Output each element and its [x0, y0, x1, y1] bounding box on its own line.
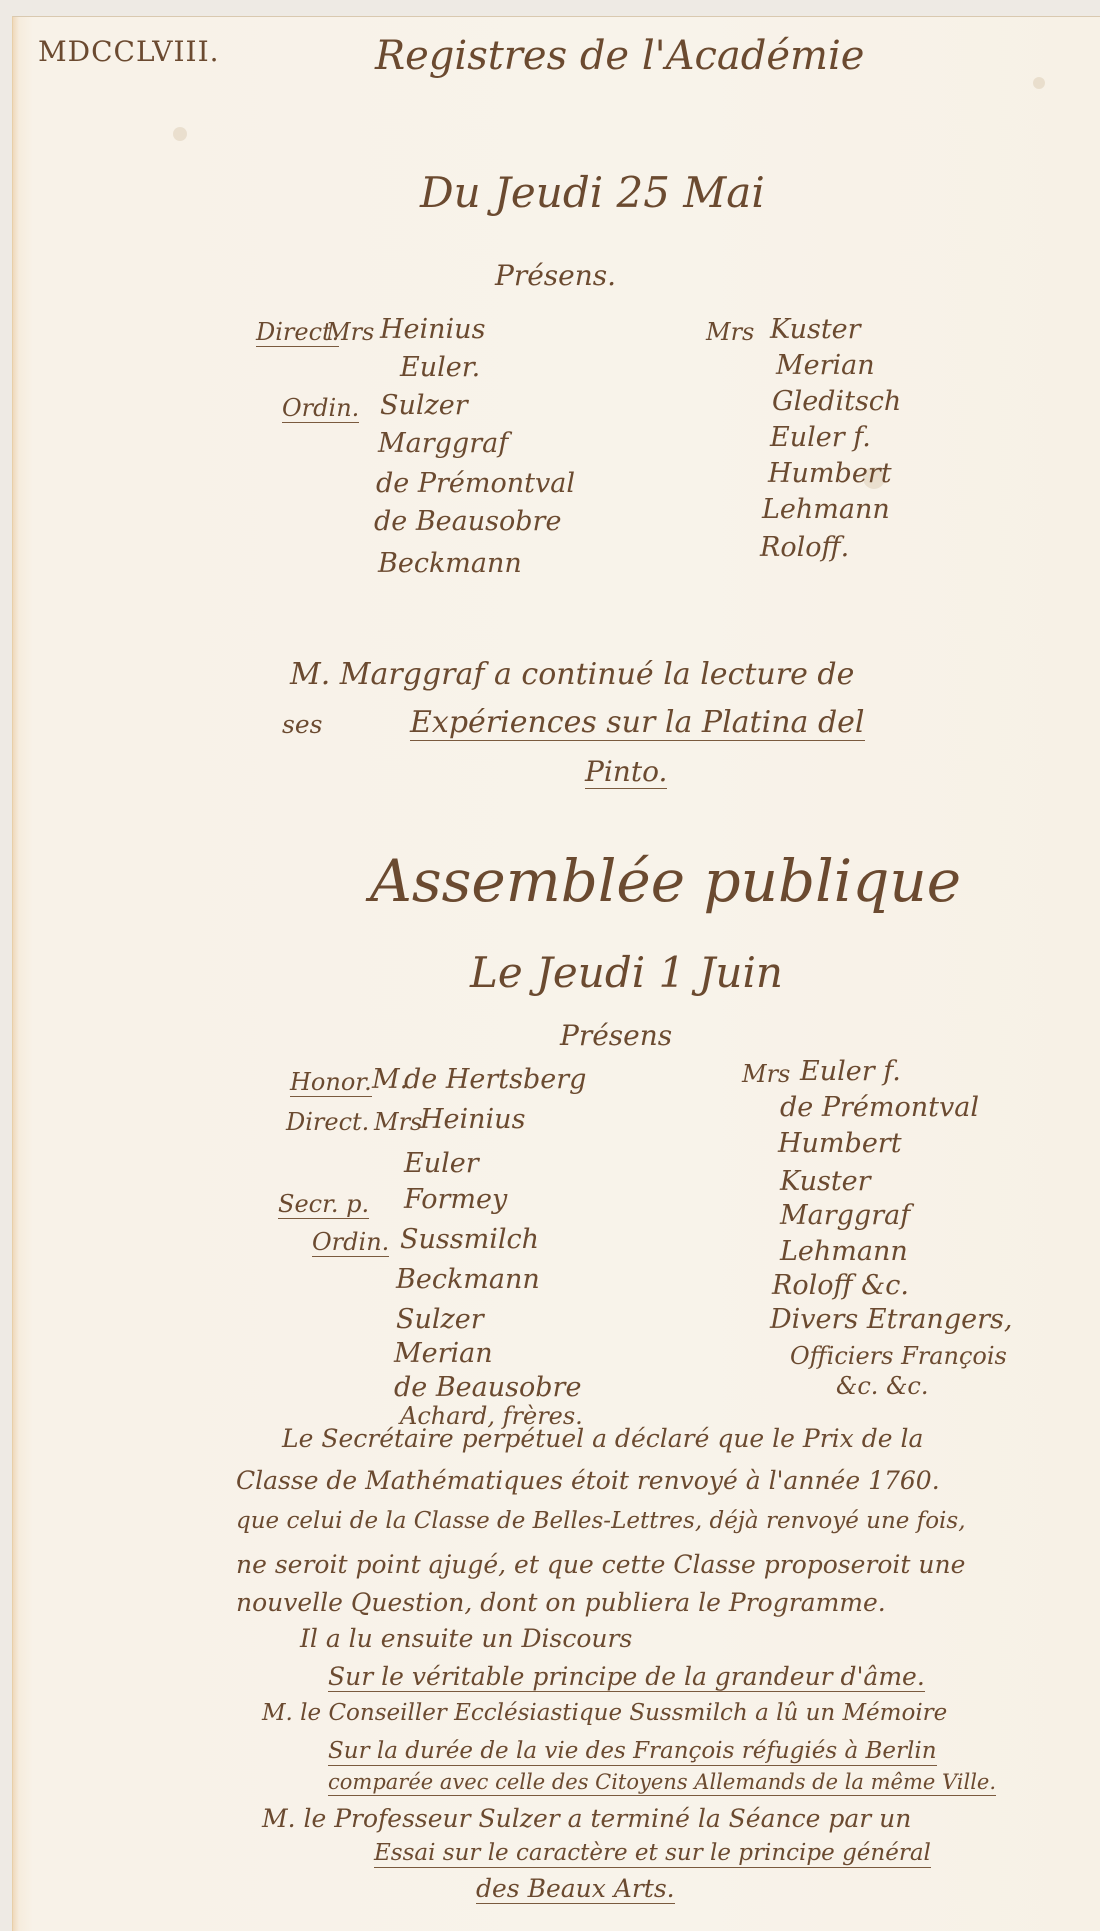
member-name: Heinius [420, 1106, 525, 1133]
guests-line: &c. &c. [836, 1374, 929, 1398]
member-name: Lehmann [762, 496, 890, 523]
label-secr: Secr. p. [278, 1192, 369, 1219]
member-name: de Prémontval [780, 1094, 979, 1121]
label-honor: Honor. [290, 1070, 372, 1097]
member-name: Sussmilch [400, 1226, 539, 1253]
member-name: Lehmann [780, 1238, 908, 1265]
work-title: Expériences sur la Platina del [410, 708, 865, 741]
member-name: Marggraf [780, 1202, 910, 1229]
member-name: Humbert [778, 1130, 902, 1157]
member-name: Euler f. [800, 1058, 901, 1085]
session-1-presence-label: Présens. [495, 262, 616, 290]
member-name: Heinius [380, 316, 485, 343]
work-title: Pinto. [585, 758, 667, 789]
member-name: Marggraf [378, 430, 508, 457]
member-name: Roloff. [760, 534, 849, 561]
member-name: Sulzer [396, 1306, 484, 1333]
minutes-line: Il a lu ensuite un Discours [300, 1626, 632, 1651]
prefix: M. [372, 1066, 408, 1093]
member-name: Kuster [780, 1168, 871, 1195]
minutes-line: Classe de Mathématiques étoit renvoyé à … [236, 1468, 940, 1493]
label-ordin: Ordin. [282, 396, 359, 423]
member-name: de Beausobre [374, 508, 561, 535]
member-name: Merian [776, 352, 875, 379]
guests-line: Divers Etrangers, [770, 1306, 1012, 1333]
session-1-heading: Du Jeudi 25 Mai [420, 172, 765, 214]
minutes-line: M. le Professeur Sulzer a terminé la Séa… [262, 1806, 911, 1831]
minutes-line: nouvelle Question, dont on publiera le P… [236, 1590, 886, 1615]
minutes-line: M. le Conseiller Ecclésiastique Sussmilc… [262, 1702, 947, 1725]
member-name: Beckmann [378, 550, 522, 577]
memoir-title: comparée avec celle des Citoyens Alleman… [328, 1772, 996, 1796]
label-ordin: Ordin. [312, 1230, 389, 1257]
member-name: de Prémontval [376, 470, 575, 497]
minutes-line: ne seroit point ajugé, et que cette Clas… [236, 1552, 965, 1577]
minutes-line: M. Marggraf a continué la lecture de [290, 660, 854, 690]
honorific: Mrs [706, 320, 754, 344]
session-2-heading: Assemblée publique [370, 852, 961, 910]
essay-title: des Beaux Arts. [476, 1876, 675, 1904]
discourse-title: Sur le véritable principe de la grandeur… [328, 1664, 925, 1692]
member-name: Kuster [770, 316, 861, 343]
minutes-line: que celui de la Classe de Belles-Lettres… [236, 1510, 966, 1533]
member-name: Humbert [768, 460, 892, 487]
essay-title: Essai sur le caractère et sur le princip… [374, 1842, 931, 1868]
memoir-title: Sur la durée de la vie des François réfu… [328, 1740, 937, 1766]
member-name: Roloff &c. [772, 1272, 909, 1299]
label-direct: Direct. [286, 1110, 369, 1134]
guests-line: Officiers François [790, 1344, 1007, 1368]
session-2-date: Le Jeudi 1 Juin [470, 952, 783, 994]
member-name: Gleditsch [772, 388, 901, 415]
member-name: Formey [404, 1186, 507, 1213]
member-name: Sulzer [380, 392, 468, 419]
minutes-line: Le Secrétaire perpétuel a déclaré que le… [282, 1426, 923, 1451]
member-name: Beckmann [396, 1266, 540, 1293]
member-name: Euler [404, 1150, 479, 1177]
honorific: Mrs [326, 320, 374, 344]
prefix: Mrs [374, 1110, 422, 1134]
member-name: de Beausobre [394, 1374, 581, 1401]
margin-word: ses [282, 712, 322, 737]
member-name: Euler. [400, 354, 480, 381]
member-name: Euler f. [770, 424, 871, 451]
paper-stain [1033, 77, 1045, 89]
member-name: Merian [394, 1340, 493, 1367]
member-name: de Hertsberg [404, 1066, 586, 1093]
session-2-presence-label: Présens [560, 1022, 672, 1050]
paper-stain [173, 127, 187, 141]
page-title: Registres de l'Académie [375, 36, 864, 76]
honorific: Mrs [742, 1062, 790, 1086]
year-marker: MDCCLVIII. [38, 38, 220, 66]
